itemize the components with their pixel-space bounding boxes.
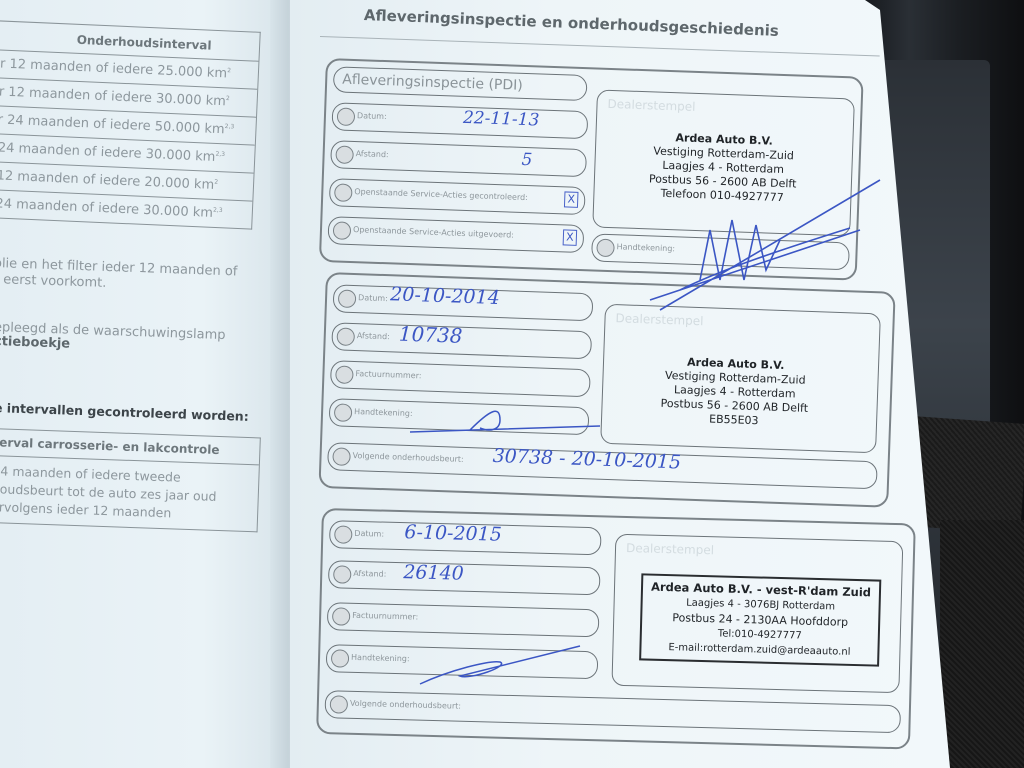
service-1-invoice-field[interactable]: Factuurnummer: [330,360,591,397]
page-title: Afleveringsinspectie en onderhoudsgeschi… [364,6,779,40]
handwritten-value: 20-10-2014 [390,283,500,309]
radio-icon[interactable] [335,145,354,164]
service-entry-2: Datum: 6-10-2015 Afstand: 26140 Factuurn… [316,508,916,749]
pdi-title: Afleveringsinspectie (PDI) [333,66,588,101]
radio-icon[interactable] [335,365,354,384]
pdi-service-actions-checked-field[interactable]: Openstaande Service-Acties gecontroleerd… [329,178,586,215]
pdi-distance-field[interactable]: Afstand: 5 [330,140,587,177]
radio-icon[interactable] [334,183,353,202]
service-2-invoice-field[interactable]: Factuurnummer: [327,602,600,637]
handwritten-value: 26140 [403,561,464,585]
radio-icon[interactable] [333,221,352,240]
case-strap-lower [940,520,1024,768]
pdi-service-actions-done-field[interactable]: Openstaande Service-Acties uitgevoerd: X [328,216,585,253]
pdi-date-field[interactable]: Datum: 22-11-13 [331,102,588,139]
dealer-stamp: Ardea Auto B.V. Vestiging Rotterdam-Zuid… [648,130,798,205]
body-text-line-bold: ctieboekje [0,334,70,352]
dealer-stamp-box: Dealerstempel Ardea Auto B.V. - vest-R'd… [611,534,903,693]
handwritten-value: 10738 [398,322,462,348]
radio-icon[interactable] [334,525,352,543]
radio-icon[interactable] [332,447,351,466]
dealer-stamp-box: Dealerstempel Ardea Auto B.V. Vestiging … [600,304,881,454]
radio-icon[interactable] [333,565,351,583]
handwritten-value: 22-11-13 [463,108,540,131]
service-1-date-field[interactable]: Datum: 20-10-2014 [333,284,594,321]
handwritten-value: 6-10-2015 [404,521,502,546]
service-2-distance-field[interactable]: Afstand: 26140 [328,560,601,595]
radio-icon[interactable] [332,607,350,625]
radio-icon[interactable] [331,649,349,667]
right-page: Afleveringsinspectie en onderhoudsgeschi… [290,0,950,768]
section-subheading: e intervallen gecontroleerd worden: [0,400,249,424]
service-2-next-service-field[interactable]: Volgende onderhoudsbeurt: [325,690,902,733]
dealer-stamp: Ardea Auto B.V. - vest-R'dam Zuid Laagje… [639,573,881,666]
service-2-signature-field[interactable]: Handtekening: [326,644,599,679]
maintenance-interval-table: Onderhoudsinterval er 12 maanden of iede… [0,20,261,230]
pdi-signature-field[interactable]: Handtekening: [591,233,850,270]
handwritten-value: 5 [521,150,533,170]
title-divider [320,36,880,57]
radio-icon[interactable] [338,289,357,308]
left-page: Onderhoudsinterval er 12 maanden of iede… [0,0,290,768]
pdi-section: Afleveringsinspectie (PDI) Datum: 22-11-… [319,58,864,281]
dealer-stamp-box: Dealerstempel Ardea Auto B.V. Vestiging … [592,89,855,236]
radio-icon[interactable] [337,107,356,126]
service-1-distance-field[interactable]: Afstand: 10738 [331,322,592,359]
service-entry-1: Datum: 20-10-2014 Afstand: 10738 Factuur… [318,272,895,508]
radio-icon[interactable] [336,327,355,346]
body-text-line: t eerst voorkomt. [0,272,107,291]
radio-icon[interactable] [330,695,348,713]
dealer-stamp: Ardea Auto B.V. Vestiging Rotterdam-Zuid… [660,355,810,430]
radio-icon[interactable] [334,403,353,422]
checkbox-checked-icon[interactable]: X [563,229,578,245]
handwritten-value: 30738 - 20-10-2015 [492,445,681,474]
service-1-signature-field[interactable]: Handtekening: [329,398,590,435]
dealer-stamp-placeholder: Dealerstempel [607,97,695,114]
bodywork-interval-table: terval carrosserie- en lakcontrole 24 ma… [0,428,261,532]
checkbox-checked-icon[interactable]: X [564,191,579,207]
dealer-stamp-placeholder: Dealerstempel [626,541,714,557]
bodywork-table-cell: 24 maanden of iedere tweede houdsbeurt t… [0,456,259,531]
service-2-date-field[interactable]: Datum: 6-10-2015 [329,520,602,555]
radio-icon[interactable] [596,239,615,258]
dealer-stamp-placeholder: Dealerstempel [615,311,703,328]
